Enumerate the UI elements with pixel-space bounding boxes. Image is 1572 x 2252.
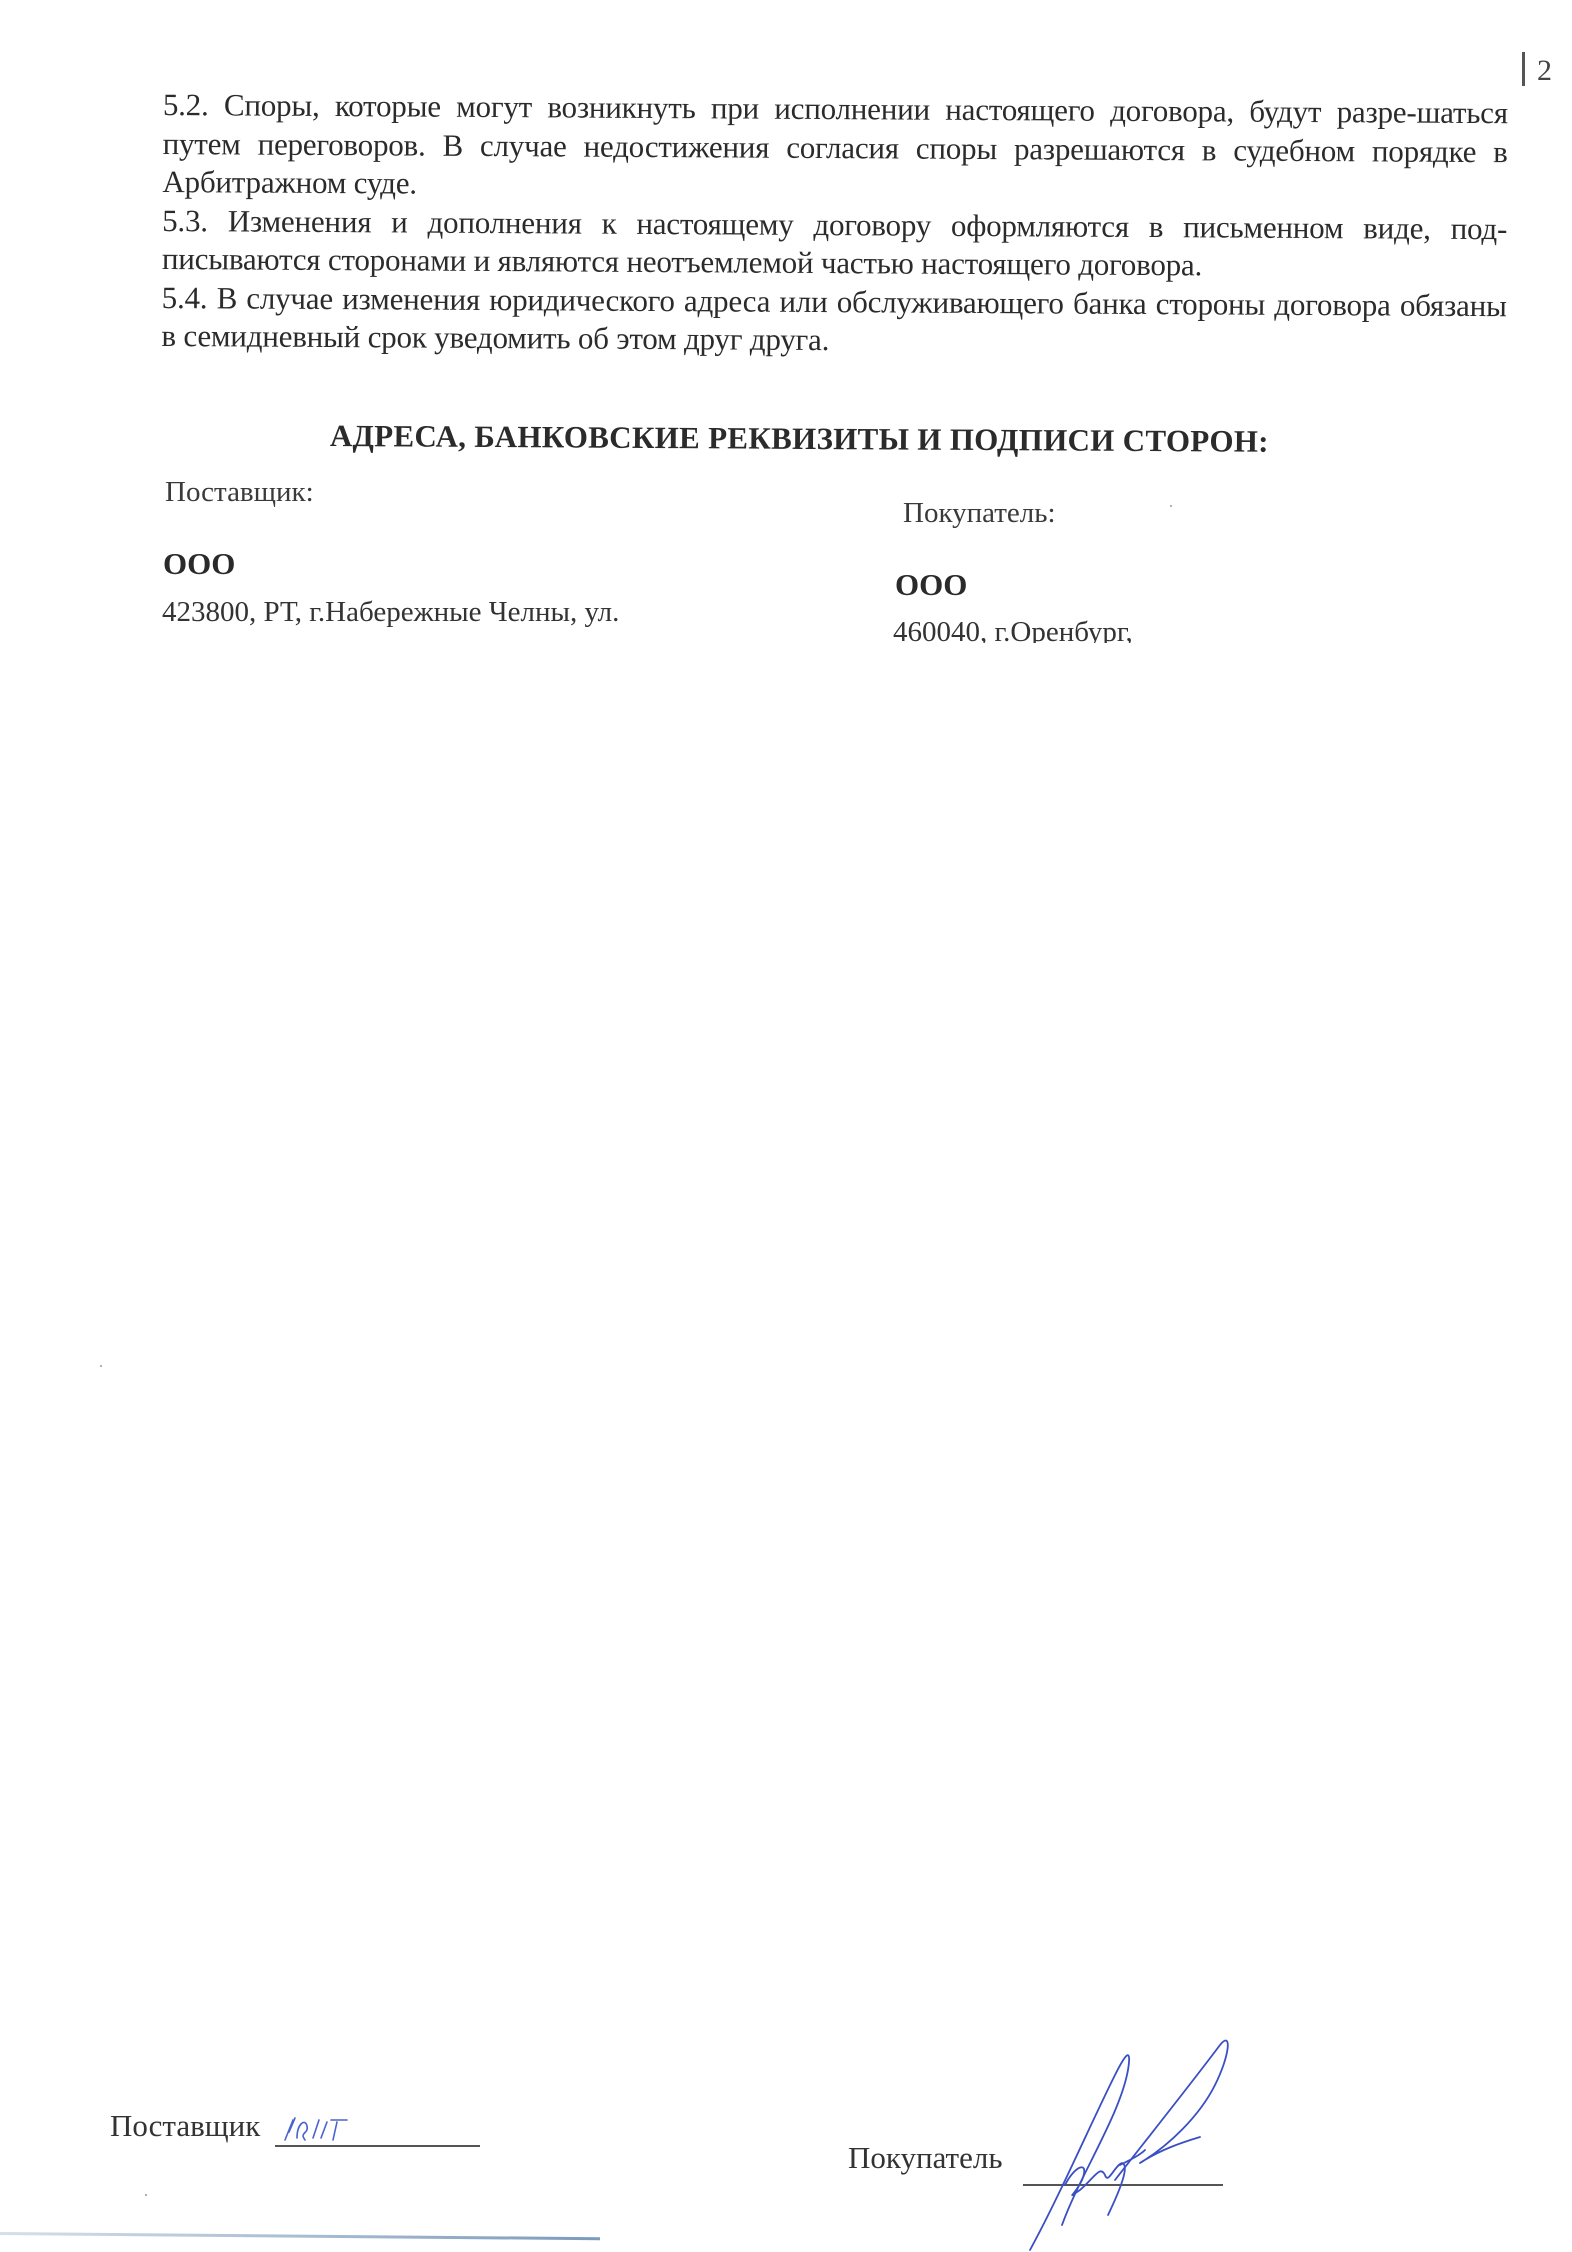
supplier-label: Поставщик:	[165, 476, 314, 509]
supplier-org: ООО	[163, 546, 235, 582]
buyer-label: Покупатель:	[903, 497, 1056, 530]
supplier-signature-mark	[275, 2110, 365, 2150]
clause-5-2: 5.2. Споры, которые могут возникнуть при…	[162, 86, 1508, 210]
page-cut-mask	[0, 643, 1572, 673]
clause-5-4: 5.4. В случае изменения юридического адр…	[161, 278, 1506, 363]
contract-clauses: 5.2. Споры, которые могут возникнуть при…	[161, 86, 1508, 364]
page-number-divider	[1522, 52, 1525, 86]
buyer-signature-mark	[1020, 2015, 1250, 2252]
buyer-org: ООО	[895, 567, 967, 603]
scan-speck	[145, 2194, 147, 2196]
page-number: 2	[1522, 52, 1552, 88]
scan-speck	[1170, 505, 1172, 507]
requisites-heading: АДРЕСА, БАНКОВСКИЕ РЕКВИЗИТЫ И ПОДПИСИ С…	[330, 418, 1269, 460]
scan-edge	[0, 2232, 600, 2240]
supplier-address: 423800, РТ, г.Набережные Челны, ул.	[162, 596, 619, 629]
clause-5-3: 5.3. Изменения и дополнения к настоящему…	[162, 201, 1507, 286]
scan-speck	[100, 1365, 102, 1367]
buyer-signature-label: Покупатель	[848, 2140, 1002, 2176]
supplier-signature-label: Поставщик	[110, 2108, 260, 2144]
